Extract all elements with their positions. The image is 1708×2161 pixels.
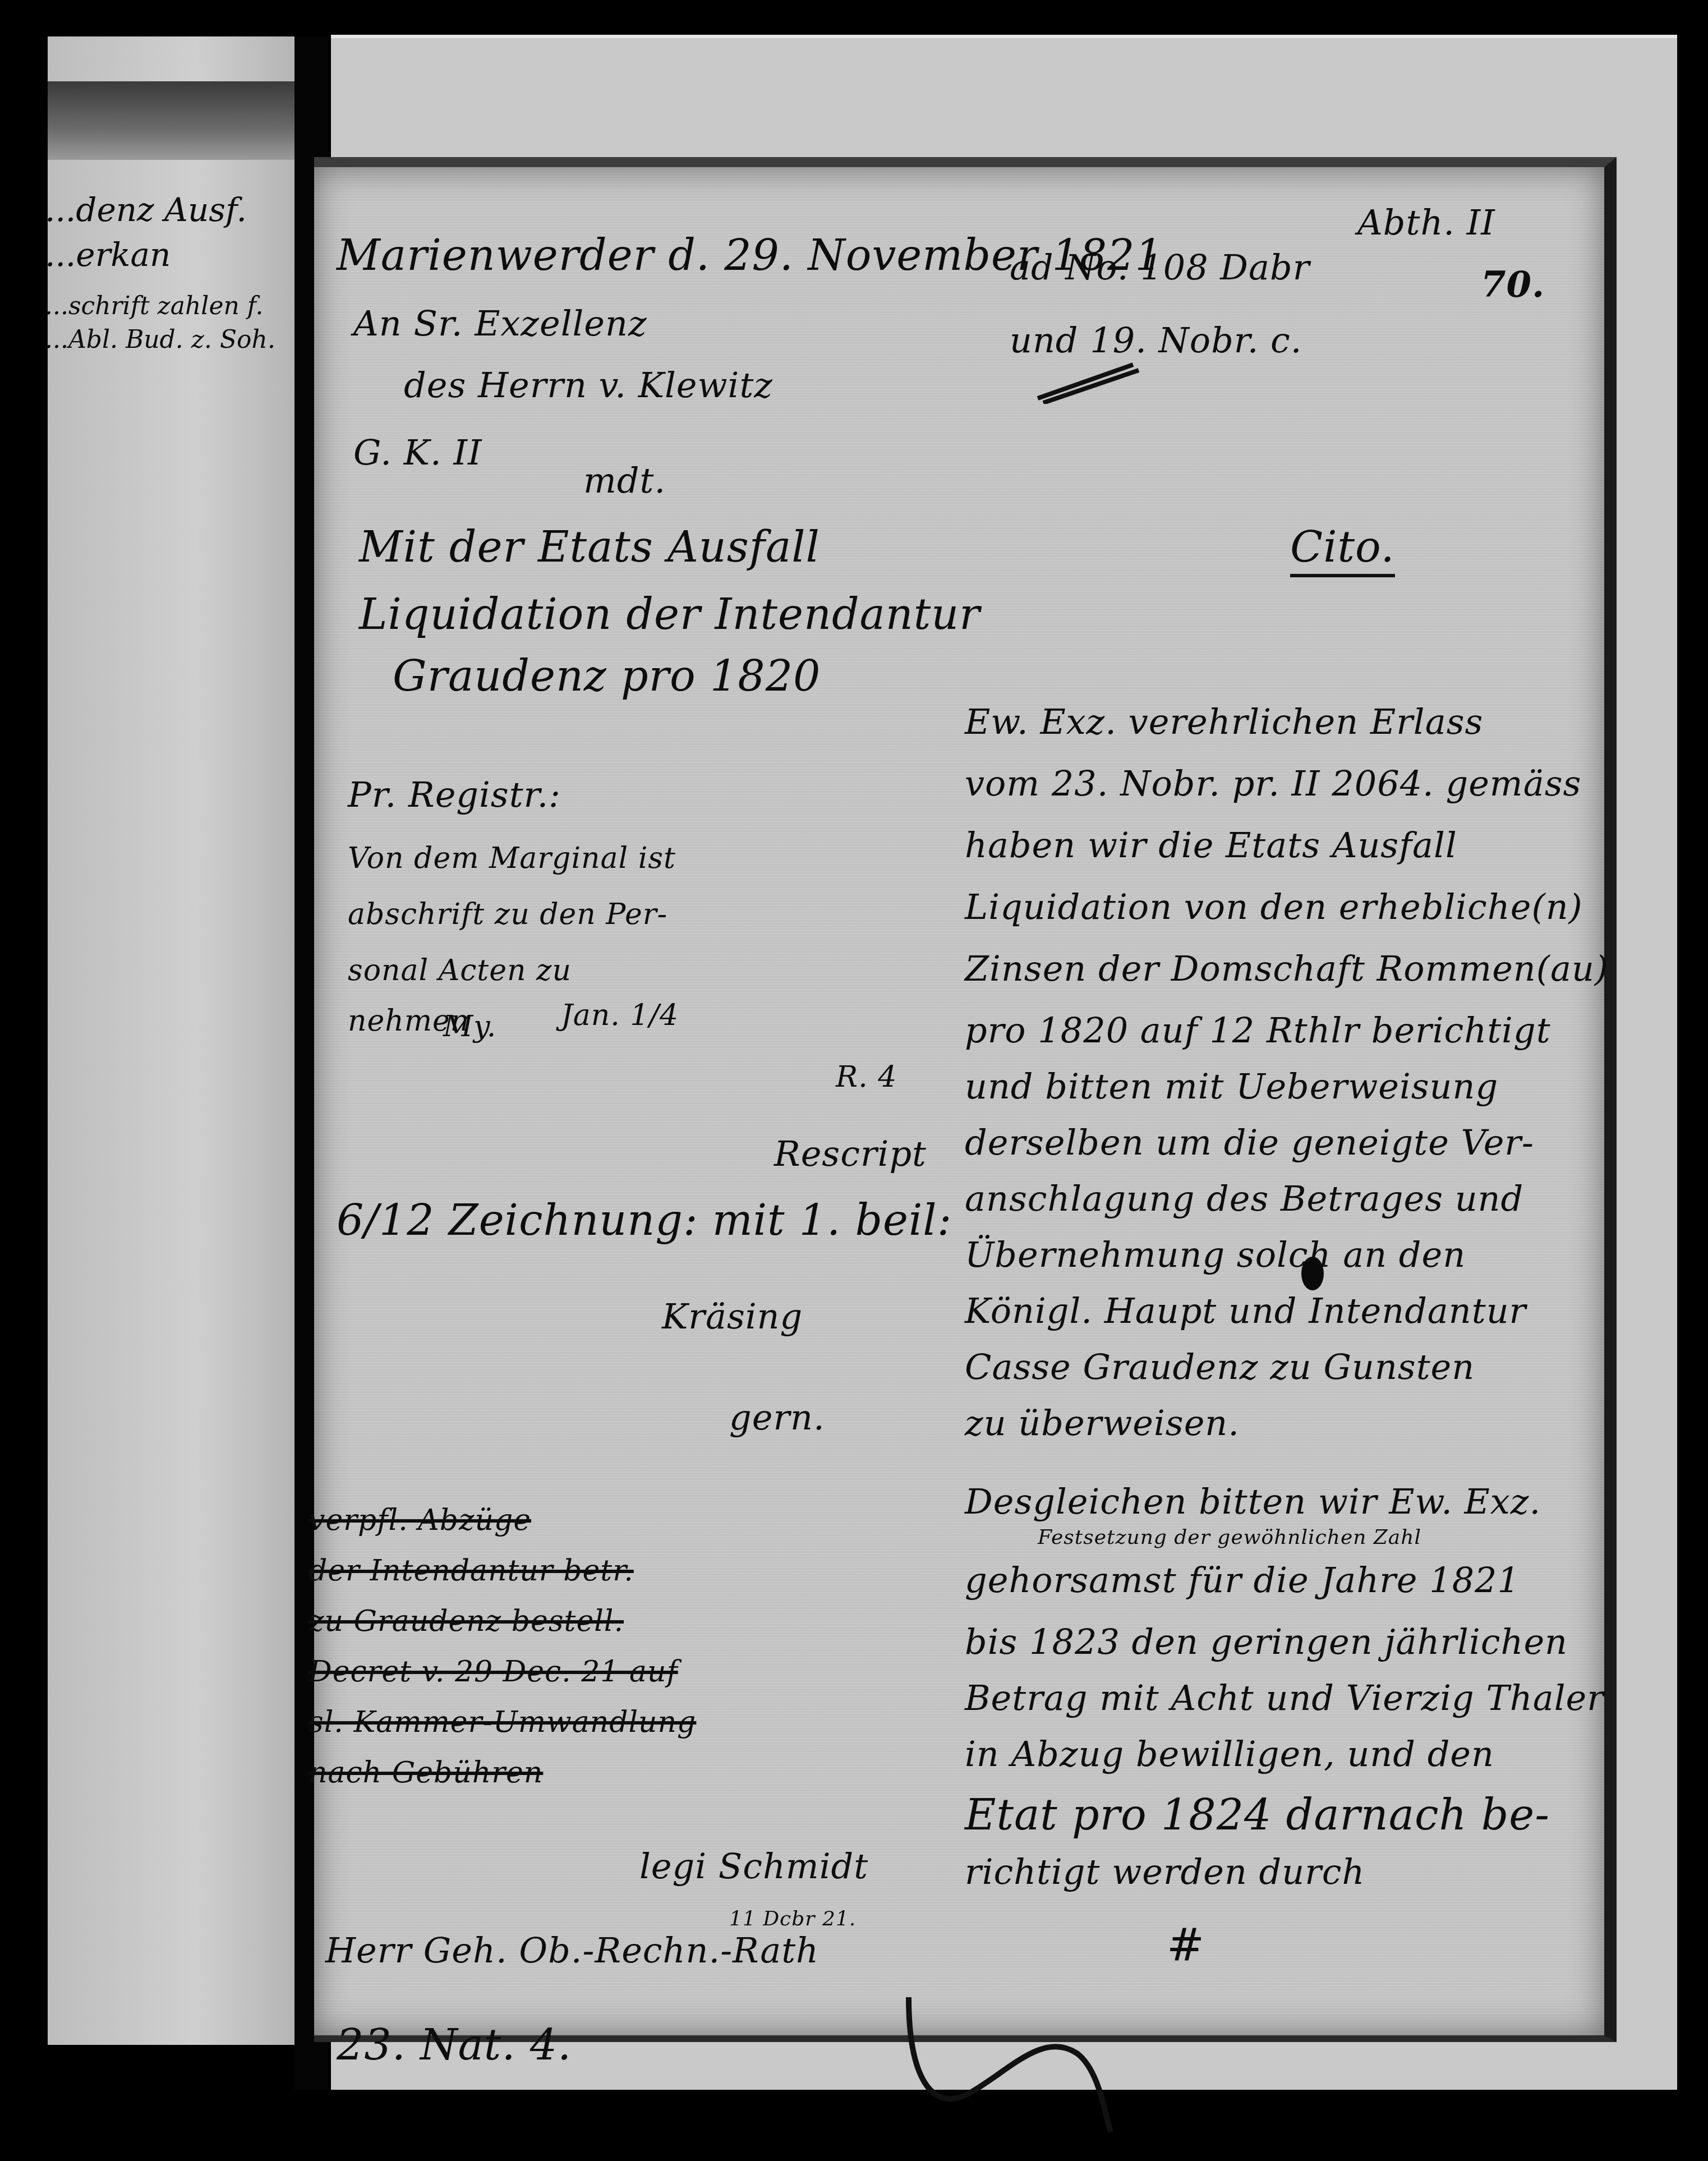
left-folio-line: ...schrift zahlen f. [45, 292, 263, 320]
body-line: Übernehmung solch an den [965, 1234, 1466, 1275]
body-line: bis 1823 den geringen jährlichen [965, 1621, 1568, 1662]
body-line: Etat pro 1824 darnach be- [965, 1790, 1550, 1840]
struck-line: der Intendantur betr. [309, 1554, 634, 1588]
addressee-note: Herr Geh. Ob.-Rechn.-Rath [325, 1930, 819, 1971]
left-folio-line: ...Abl. Bud. z. Soh. [45, 325, 275, 354]
body-line: Desgleichen bitten wir Ew. Exz. [965, 1481, 1541, 1522]
addressee-line-1: An Sr. Exzellenz [353, 303, 647, 344]
body-line: Ew. Exz. verehrlichen Erlass [965, 701, 1483, 742]
addressee-line-3: G. K. II [353, 432, 482, 473]
back-sheet-edge [331, 35, 1677, 38]
marginal-date: Jan. 1/4 [561, 999, 679, 1032]
body-line: Betrag mit Acht und Vierzig Thaler [965, 1677, 1604, 1718]
signature-fragment: Kräsing [662, 1296, 803, 1337]
left-folio-shadow [48, 81, 294, 160]
legi-signature: legi Schmidt [639, 1846, 868, 1887]
body-line: vom 23. Nobr. pr. II 2064. gemäss [965, 763, 1581, 804]
body-line: gehorsamst für die Jahre 1821 [965, 1560, 1520, 1601]
end-mark: # [1167, 1919, 1205, 1971]
body-line: Liquidation von den erhebliche(n) [965, 886, 1583, 927]
count-line: 6/12 Zeichnung: mit 1. beil: [337, 1195, 952, 1245]
marginal-line: Von dem Marginal ist [348, 842, 676, 875]
subject-line-3: Graudenz pro 1820 [393, 651, 821, 701]
body-line: derselben um die geneigte Ver- [965, 1122, 1534, 1163]
body-line: in Abzug bewilligen, und den [965, 1734, 1494, 1774]
legi-date: 11 Dcbr 21. [729, 1907, 856, 1930]
closing-flourish-icon [897, 1992, 1133, 2137]
left-folio-line: ...erkan [45, 236, 171, 274]
rescript-label: Rescript [774, 1133, 927, 1174]
subject-line-1: Mit der Etats Ausfall [359, 522, 820, 572]
body-line: richtigt werden durch [965, 1851, 1365, 1892]
fragment-gern: gern. [729, 1397, 825, 1438]
marginal-line: abschrift zu den Per- [348, 898, 667, 931]
folio-number: 70. [1481, 264, 1545, 306]
cito-mark: Cito. [1290, 522, 1395, 577]
body-line: und bitten mit Ueberweisung [965, 1066, 1498, 1107]
left-folio-line: ...denz Ausf. [45, 191, 247, 229]
subject-label: mdt. [583, 460, 666, 501]
footer-reference: 23. Nat. 4. [337, 2020, 572, 2070]
body-line: Königl. Haupt und Intendantur [965, 1290, 1526, 1331]
reference-line-1: ad No. 108 Dabr [1010, 247, 1310, 288]
marginal-heading: Pr. Registr.: [348, 774, 561, 815]
struck-line: zu Graudenz bestell. [309, 1604, 624, 1638]
struck-line: Decret v. 29 Dec. 21 auf [309, 1655, 678, 1689]
ink-blot [1301, 1257, 1324, 1290]
marginal-initials: My. [443, 1010, 496, 1043]
subject-line-2: Liquidation der Intendantur [359, 589, 980, 639]
marginal-line: sonal Acten zu [348, 954, 572, 987]
struck-line: sl. Kammer-Umwandlung [309, 1705, 696, 1739]
body-line: anschlagung des Betrages und [965, 1178, 1523, 1219]
struck-line: verpfl. Abzüge [309, 1503, 531, 1537]
marginal-ref: R. 4 [836, 1060, 897, 1094]
flourish-icon [1032, 359, 1144, 404]
body-line: zu überweisen. [965, 1403, 1240, 1443]
reference-line-2: und 19. Nobr. c. [1010, 320, 1302, 361]
body-line: Casse Graudenz zu Gunsten [965, 1346, 1475, 1387]
body-line: pro 1820 auf 12 Rthlr berichtigt [965, 1010, 1551, 1051]
struck-line: nach Gebühren [309, 1756, 543, 1790]
body-line: haben wir die Etats Ausfall [965, 825, 1457, 866]
folio-abbrev: Abth. II [1357, 202, 1495, 243]
body-line: Zinsen der Domschaft Rommen(au) [965, 948, 1609, 989]
interlinear-insert: Festsetzung der gewöhnlichen Zahl [1038, 1526, 1421, 1549]
addressee-line-2: des Herrn v. Klewitz [404, 365, 773, 406]
